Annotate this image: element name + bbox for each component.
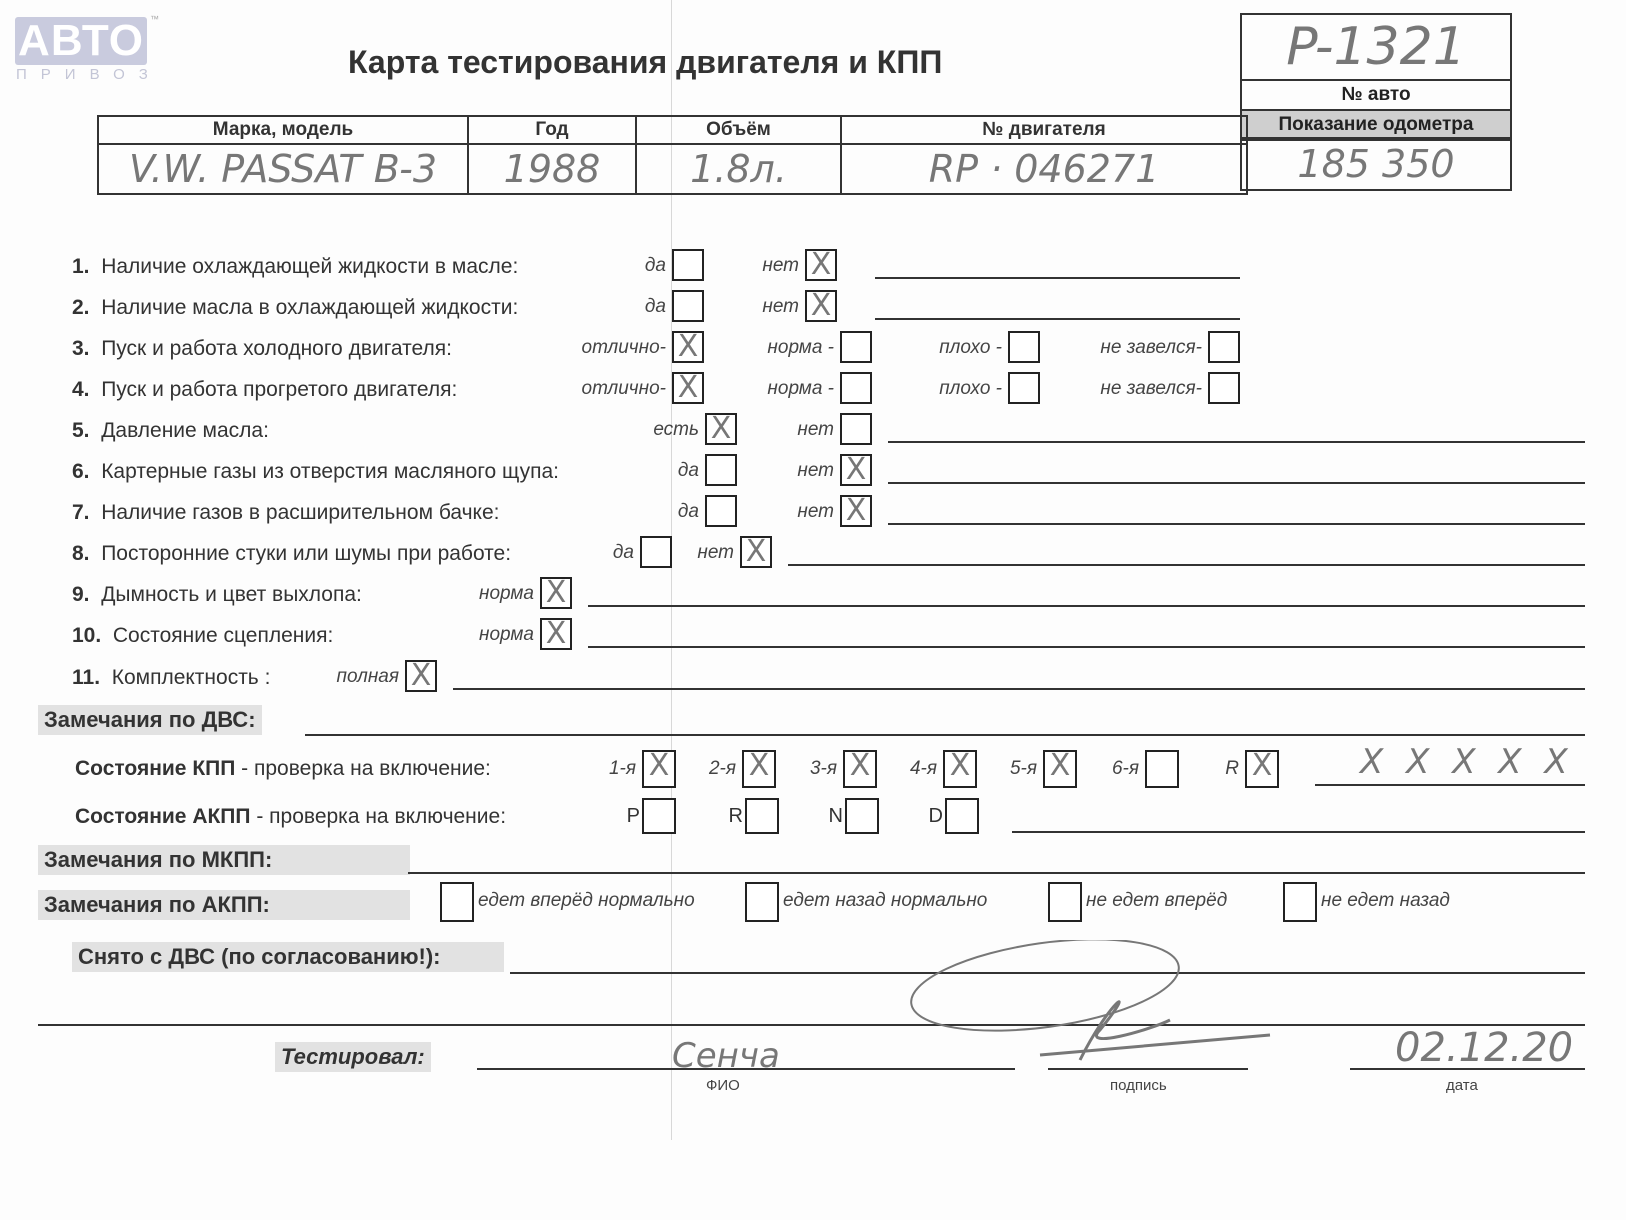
mode-label: D (929, 805, 943, 828)
logo-trademark: ™ (150, 14, 159, 24)
test-date: 02.12.20 (1395, 1025, 1573, 1071)
checkbox[interactable] (672, 290, 704, 322)
option-label: не завелся- (1100, 337, 1202, 359)
checklist-item-label: 1. Наличие охлаждающей жидкости в масле: (72, 255, 518, 279)
checkbox[interactable]: X (540, 618, 572, 650)
make-model-value: V.W. PASSAT B-3 (98, 144, 468, 194)
option-label: да (645, 255, 666, 277)
engine-number-value: RP · 046271 (841, 144, 1247, 194)
checkbox[interactable] (705, 454, 737, 486)
auto-remark-checkbox[interactable] (1048, 882, 1082, 922)
checkbox[interactable]: X (672, 372, 704, 404)
checkbox[interactable]: X (840, 495, 872, 527)
checkbox[interactable] (840, 331, 872, 363)
checklist-item-label: 5. Давление масла: (72, 419, 269, 443)
gear-label: 2-я (709, 758, 736, 780)
option-label: плохо - (939, 378, 1002, 400)
gear-label: 4-я (910, 758, 937, 780)
auto-remark-checkbox[interactable] (745, 882, 779, 922)
checkbox[interactable]: X (672, 331, 704, 363)
auto-remark-label: едет назад нормально (783, 890, 987, 912)
checkbox[interactable]: X (705, 413, 737, 445)
volume-value: 1.8л. (636, 144, 841, 194)
signature-caption: подпись (1110, 1077, 1167, 1094)
option-label: полная (337, 666, 400, 688)
col-engine-number: № двигателя (841, 116, 1247, 144)
checkbox[interactable] (640, 536, 672, 568)
gear-label: R (1225, 758, 1239, 780)
checklist-item-label: 10. Состояние сцепления: (72, 624, 333, 648)
option-label: норма - (767, 337, 834, 359)
option-label: отлично- (582, 378, 666, 400)
gear-label: 6-я (1112, 758, 1139, 780)
gear-label: 5-я (1010, 758, 1037, 780)
checklist-item-label: 2. Наличие масла в охлаждающей жидкости: (72, 296, 518, 320)
checkbox[interactable]: X (540, 577, 572, 609)
manual-gearbox-note: X X X X X (1360, 742, 1574, 782)
gear-checkbox[interactable] (1145, 750, 1179, 788)
removed-label: Снято с ДВС (по согласованию!): (72, 942, 504, 972)
checkbox[interactable]: X (405, 660, 437, 692)
col-volume: Объём (636, 116, 841, 144)
checklist-item-label: 7. Наличие газов в расширительном бачке: (72, 501, 500, 525)
mode-checkbox[interactable] (845, 798, 879, 834)
car-number-box: P-1321 № авто Показание одометра (1240, 13, 1512, 141)
option-label: норма - (767, 378, 834, 400)
auto-gearbox-line[interactable] (1012, 831, 1585, 833)
manual-gearbox-line[interactable] (1315, 784, 1585, 786)
notes-line[interactable] (875, 318, 1240, 320)
mode-checkbox[interactable] (745, 798, 779, 834)
option-label: нет (797, 460, 834, 482)
checklist-item-label: 9. Дымность и цвет выхлопа: (72, 583, 362, 607)
gear-checkbox[interactable]: X (642, 750, 676, 788)
odometer-value: 185 350 (1240, 137, 1512, 191)
checkbox[interactable] (705, 495, 737, 527)
signature-line[interactable] (1048, 1068, 1248, 1070)
removed-line-2[interactable] (38, 1024, 1585, 1026)
option-label: да (678, 501, 699, 523)
checkbox[interactable]: X (740, 536, 772, 568)
checkbox[interactable]: X (840, 454, 872, 486)
auto-remark-label: едет вперёд нормально (478, 890, 695, 912)
remarks-ice-label: Замечания по ДВС: (38, 705, 262, 735)
option-label: норма (479, 624, 534, 646)
option-label: нет (762, 255, 799, 277)
checkbox[interactable]: X (805, 290, 837, 322)
car-number-value: P-1321 (1242, 15, 1510, 81)
notes-line[interactable] (588, 646, 1585, 648)
notes-line[interactable] (453, 688, 1585, 690)
logo: АВТО (15, 17, 147, 65)
checklist-item-label: 3. Пуск и работа холодного двигателя: (72, 337, 452, 361)
auto-remark-label: не едет вперёд (1086, 890, 1227, 912)
signature (910, 940, 1290, 1080)
notes-line[interactable] (888, 441, 1585, 443)
notes-line[interactable] (875, 277, 1240, 279)
checklist-item-label: 6. Картерные газы из отверстия масляного… (72, 460, 559, 484)
year-value: 1988 (468, 144, 636, 194)
remarks-manual-line[interactable] (408, 872, 1585, 874)
auto-remark-checkbox[interactable] (1283, 882, 1317, 922)
option-label: не завелся- (1100, 378, 1202, 400)
mode-checkbox[interactable] (945, 798, 979, 834)
gear-checkbox[interactable]: X (1043, 750, 1077, 788)
checkbox[interactable] (1208, 331, 1240, 363)
checklist-item-label: 11. Комплектность : (72, 666, 270, 690)
option-label: есть (653, 419, 699, 441)
option-label: нет (797, 501, 834, 523)
date-caption: дата (1446, 1077, 1478, 1094)
manual-gearbox-label: Состояние КПП - проверка на включение: (75, 757, 491, 781)
checkbox[interactable] (672, 249, 704, 281)
gear-checkbox[interactable]: X (843, 750, 877, 788)
col-year: Год (468, 116, 636, 144)
mode-label: R (729, 805, 743, 828)
checkbox[interactable] (1008, 372, 1040, 404)
notes-line[interactable] (888, 482, 1585, 484)
date-line[interactable] (1350, 1068, 1585, 1070)
page-title: Карта тестирования двигателя и КПП (348, 44, 942, 81)
option-label: да (613, 542, 634, 564)
option-label: нет (697, 542, 734, 564)
checkbox[interactable]: X (805, 249, 837, 281)
mode-checkbox[interactable] (642, 798, 676, 834)
gear-label: 3-я (810, 758, 837, 780)
tester-name: Сенча (672, 1036, 780, 1076)
auto-remark-label: не едет назад (1321, 890, 1450, 912)
option-label: нет (797, 419, 834, 441)
notes-line[interactable] (588, 605, 1585, 607)
option-label: отлично- (582, 337, 666, 359)
logo-subtitle: ПРИВОЗ (16, 66, 162, 83)
checkbox[interactable] (840, 372, 872, 404)
mode-label: P (627, 805, 640, 828)
option-label: нет (762, 296, 799, 318)
option-label: норма (479, 583, 534, 605)
notes-line[interactable] (888, 523, 1585, 525)
gear-checkbox[interactable]: X (742, 750, 776, 788)
name-caption: ФИО (706, 1077, 740, 1094)
option-label: плохо - (939, 337, 1002, 359)
remarks-ice-line[interactable] (305, 734, 1585, 736)
mode-label: N (829, 805, 843, 828)
notes-line[interactable] (788, 564, 1585, 566)
checkbox[interactable] (1208, 372, 1240, 404)
remarks-manual-label: Замечания по МКПП: (38, 845, 410, 875)
tested-by-label: Тестировал: (275, 1042, 431, 1072)
gear-checkbox[interactable]: X (943, 750, 977, 788)
auto-gearbox-label: Состояние АКПП - проверка на включение: (75, 805, 506, 829)
car-number-label: № авто (1242, 81, 1510, 111)
auto-remark-checkbox[interactable] (440, 882, 474, 922)
col-make-model: Марка, модель (98, 116, 468, 144)
checkbox[interactable] (1008, 331, 1040, 363)
option-label: да (678, 460, 699, 482)
checklist-item-label: 4. Пуск и работа прогретого двигателя: (72, 378, 457, 402)
gear-checkbox[interactable]: X (1245, 750, 1279, 788)
vehicle-info-table: Марка, модель Год Объём № двигателя V.W.… (97, 115, 1248, 195)
checkbox[interactable] (840, 413, 872, 445)
remarks-auto-label: Замечания по АКПП: (38, 890, 410, 920)
gear-label: 1-я (609, 758, 636, 780)
option-label: да (645, 296, 666, 318)
checklist-item-label: 8. Посторонние стуки или шумы при работе… (72, 542, 511, 566)
